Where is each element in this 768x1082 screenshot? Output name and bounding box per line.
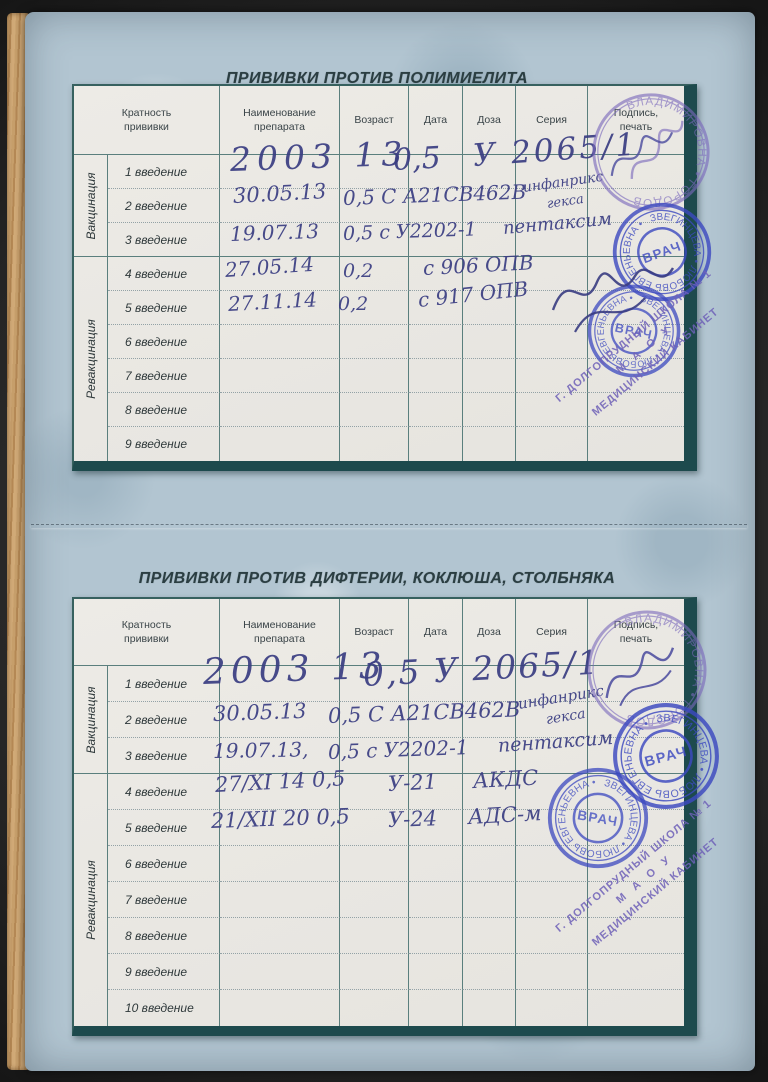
handwriting-date: 21/XII 20 0,5 (211, 804, 351, 833)
table-cell (220, 846, 340, 882)
table-cell (220, 393, 340, 427)
group-label-vakcinaciya: Вакцинация (74, 666, 108, 774)
handwriting-series: 0,5 с У2202-1 (328, 735, 469, 764)
table-cell (340, 990, 409, 1026)
group-label-vakcinaciya: Вакцинация (74, 155, 108, 257)
table-cell (463, 846, 516, 882)
row-label: 3 введение (108, 223, 220, 257)
table-cell (588, 427, 684, 461)
row-label: 10 введение (108, 990, 220, 1026)
handwriting-age: У-21 (387, 769, 437, 796)
col-header-kratnost: Кратность прививки (74, 599, 220, 665)
section-title-dpt: ПРИВИВКИ ПРОТИВ ДИФТЕРИИ, КОКЛЮША, СТОЛБ… (72, 570, 682, 588)
row-label: 5 введение (108, 291, 220, 325)
row-label: 6 введение (108, 325, 220, 359)
table-cell (220, 427, 340, 461)
row-label: 4 введение (108, 257, 220, 291)
handwriting-vaccine: АКДС (472, 766, 538, 793)
table-cell (409, 393, 463, 427)
row-label: 7 введение (108, 882, 220, 918)
handwriting-date: 2003 13 (202, 646, 387, 693)
handwriting-dose: 0,2 (343, 260, 373, 282)
svg-text:ВРАЧ: ВРАЧ (576, 807, 619, 829)
page-fold-crease (31, 524, 747, 528)
row-label: 3 введение (108, 738, 220, 774)
table-cell (409, 918, 463, 954)
handwriting-dose: 0,2 (338, 293, 368, 315)
handwriting-date: 27.11.14 (227, 287, 317, 316)
row-label: 8 введение (108, 918, 220, 954)
handwriting-series: 0,5 с У2202-1 (343, 218, 477, 245)
table-cell (409, 882, 463, 918)
handwriting-dose: 0,5 (392, 141, 441, 178)
table-cell (220, 359, 340, 393)
row-label: 9 введение (108, 427, 220, 461)
row-label: 6 введение (108, 846, 220, 882)
table-cell (588, 954, 684, 990)
col-header-kratnost: Кратность прививки (74, 86, 220, 154)
table-cell (409, 990, 463, 1026)
row-label: 9 введение (108, 954, 220, 990)
table-cell (340, 359, 409, 393)
table-cell (340, 427, 409, 461)
group-label-revakcinaciya: Ревакцинация (74, 257, 108, 461)
row-label: 8 введение (108, 393, 220, 427)
table-cell (220, 954, 340, 990)
table-cell (463, 359, 516, 393)
row-label: 1 введение (108, 155, 220, 189)
row-label: 7 введение (108, 359, 220, 393)
photo-of-vaccination-card: ПРИВИВКИ ПРОТИВ ПОЛИМИЕЛИТА Кратность пр… (0, 0, 768, 1082)
table-cell (463, 882, 516, 918)
table-cell (463, 954, 516, 990)
table-cell (463, 918, 516, 954)
handwriting-date: 30.05.13 (232, 179, 327, 208)
table-cell (516, 990, 588, 1026)
table-cell (409, 846, 463, 882)
table-cell (463, 393, 516, 427)
table-cell (463, 325, 516, 359)
row-label: 2 введение (108, 189, 220, 223)
table-cell (220, 882, 340, 918)
table-cell (220, 918, 340, 954)
handwriting-date: 30.05.13 (213, 699, 307, 726)
row-label: 5 введение (108, 810, 220, 846)
row-label: 4 введение (108, 774, 220, 810)
table-cell (340, 954, 409, 990)
handwriting-date: 19.07.13 (230, 219, 320, 246)
table-cell (340, 325, 409, 359)
table-cell (409, 359, 463, 393)
group-label-revakcinaciya: Ревакцинация (74, 774, 108, 1026)
table-cell (409, 427, 463, 461)
table-cell (220, 325, 340, 359)
table-cell (220, 990, 340, 1026)
handwriting-age: У-24 (388, 806, 438, 832)
vaccination-card-page: ПРИВИВКИ ПРОТИВ ПОЛИМИЕЛИТА Кратность пр… (25, 12, 755, 1071)
handwriting-vaccine: АДС-м (467, 801, 542, 829)
table-cell (340, 918, 409, 954)
table-cell (516, 427, 588, 461)
table-cell (340, 393, 409, 427)
table-cell (516, 954, 588, 990)
handwriting-date: 19.07.13, (213, 737, 309, 763)
table-cell (463, 990, 516, 1026)
svg-text:ВРАЧ: ВРАЧ (643, 744, 690, 771)
table-cell (409, 954, 463, 990)
table-cell (588, 990, 684, 1026)
row-label: 2 введение (108, 702, 220, 738)
table-cell (340, 882, 409, 918)
table-cell (463, 427, 516, 461)
table-cell (340, 846, 409, 882)
handwriting-date: 2003 13 (229, 134, 409, 179)
table-cell (409, 325, 463, 359)
